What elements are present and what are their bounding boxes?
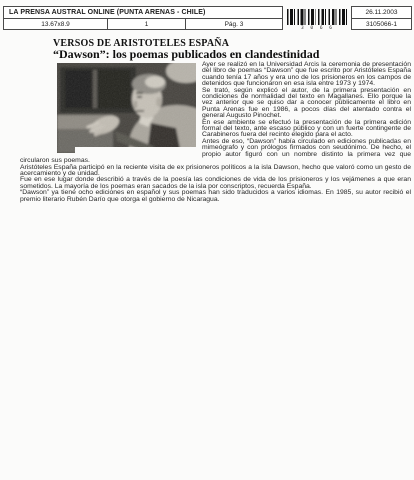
halftone-photo-art [57,63,196,153]
clipping-meta-row: 13.67x8.9 1 Pág. 3 [4,19,282,30]
barcode-icon: 3 0 6 6 [287,9,348,32]
newspaper-clipping-page: LA PRENSA AUSTRAL ONLINE (PUNTA ARENAS -… [0,0,414,480]
article-paragraph: “Dawson” ya tiene ocho ediciones en espa… [20,190,411,203]
clipping-size: 13.67x8.9 [4,19,108,30]
clipping-page-count: 1 [108,19,186,30]
article-body: Ayer se realizó en la Universidad Arcis … [20,62,411,203]
clipping-page-ref: Pág. 3 [186,19,282,30]
barcode-bars [287,9,348,25]
source-title: LA PRENSA AUSTRAL ONLINE (PUNTA ARENAS -… [4,7,282,19]
barcode-digits: 3 0 6 6 [287,26,348,31]
article-photo [57,63,196,153]
clipping-header-box: LA PRENSA AUSTRAL ONLINE (PUNTA ARENAS -… [3,6,283,30]
date-id-box: 26.11.2003 3105066-1 [351,6,412,30]
article-headline: “Dawson”: los poemas publicados en cland… [53,47,319,62]
clipping-id: 3105066-1 [352,19,411,30]
clipping-date: 26.11.2003 [352,7,411,19]
